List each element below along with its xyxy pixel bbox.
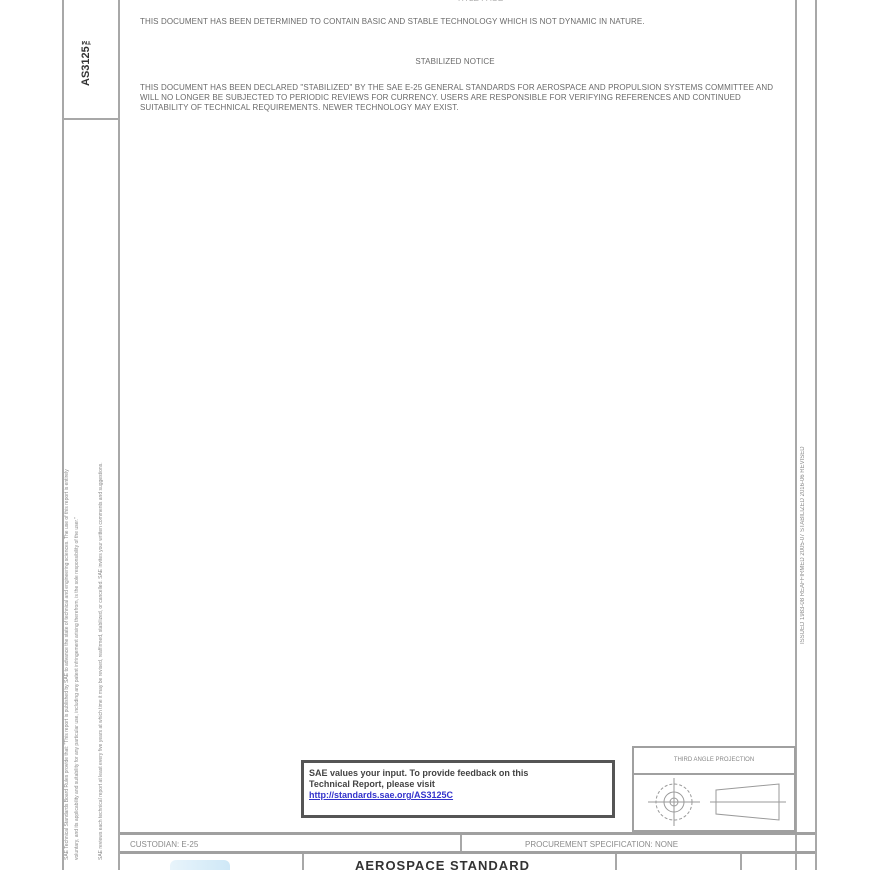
frame-left-inner [118, 0, 120, 870]
header-note: TITLE PAGE [380, 0, 580, 4]
frame-right-inner [795, 0, 797, 870]
basic-technology-note: THIS DOCUMENT HAS BEEN DETERMINED TO CON… [140, 17, 760, 27]
side-legal-line-3: SAE reviews each technical report at lea… [98, 130, 105, 860]
procurement-spec-label: PROCUREMENT SPECIFICATION: NONE [525, 840, 678, 849]
feedback-link[interactable]: http://standards.sae.org/AS3125C [309, 790, 453, 800]
title-block-divider-right [740, 854, 742, 870]
feedback-line-1: SAE values your input. To provide feedba… [309, 768, 607, 779]
stabilized-heading: STABILIZED NOTICE [130, 57, 780, 67]
third-angle-projection-box: THIRD ANGLE PROJECTION [632, 746, 796, 832]
custodian-label: CUSTODIAN: E-25 [130, 840, 198, 849]
trademark-mark: ™ [80, 34, 92, 46]
title-block-divider-mid [615, 854, 617, 870]
standard-title: AEROSPACE STANDARD [355, 858, 530, 870]
document-id-text: AS3125 [80, 46, 92, 86]
revision-history-strip: ISSUED 1983-08 REAFFIRMED 2005-07 STABIL… [800, 300, 812, 790]
frame-right-outer [815, 0, 817, 870]
title-block-divider-left [302, 854, 304, 870]
third-angle-projection-symbol-icon [634, 775, 794, 830]
title-block-row: CUSTODIAN: E-25 PROCUREMENT SPECIFICATIO… [120, 832, 815, 854]
feedback-box: SAE values your input. To provide feedba… [301, 760, 615, 818]
document-id: AS3125™ [80, 20, 100, 100]
feedback-line-2: Technical Report, please visit [309, 779, 607, 790]
title-block-divider [460, 835, 462, 851]
side-legal-line-2: voluntary, and its applicability and sui… [74, 230, 81, 860]
sae-logo [170, 860, 230, 870]
stabilized-text: THIS DOCUMENT HAS BEEN DECLARED "STABILI… [140, 83, 780, 113]
side-legal-line-1: SAE Technical Standards Board Rules prov… [64, 130, 71, 860]
third-angle-projection-title: THIRD ANGLE PROJECTION [634, 748, 794, 775]
